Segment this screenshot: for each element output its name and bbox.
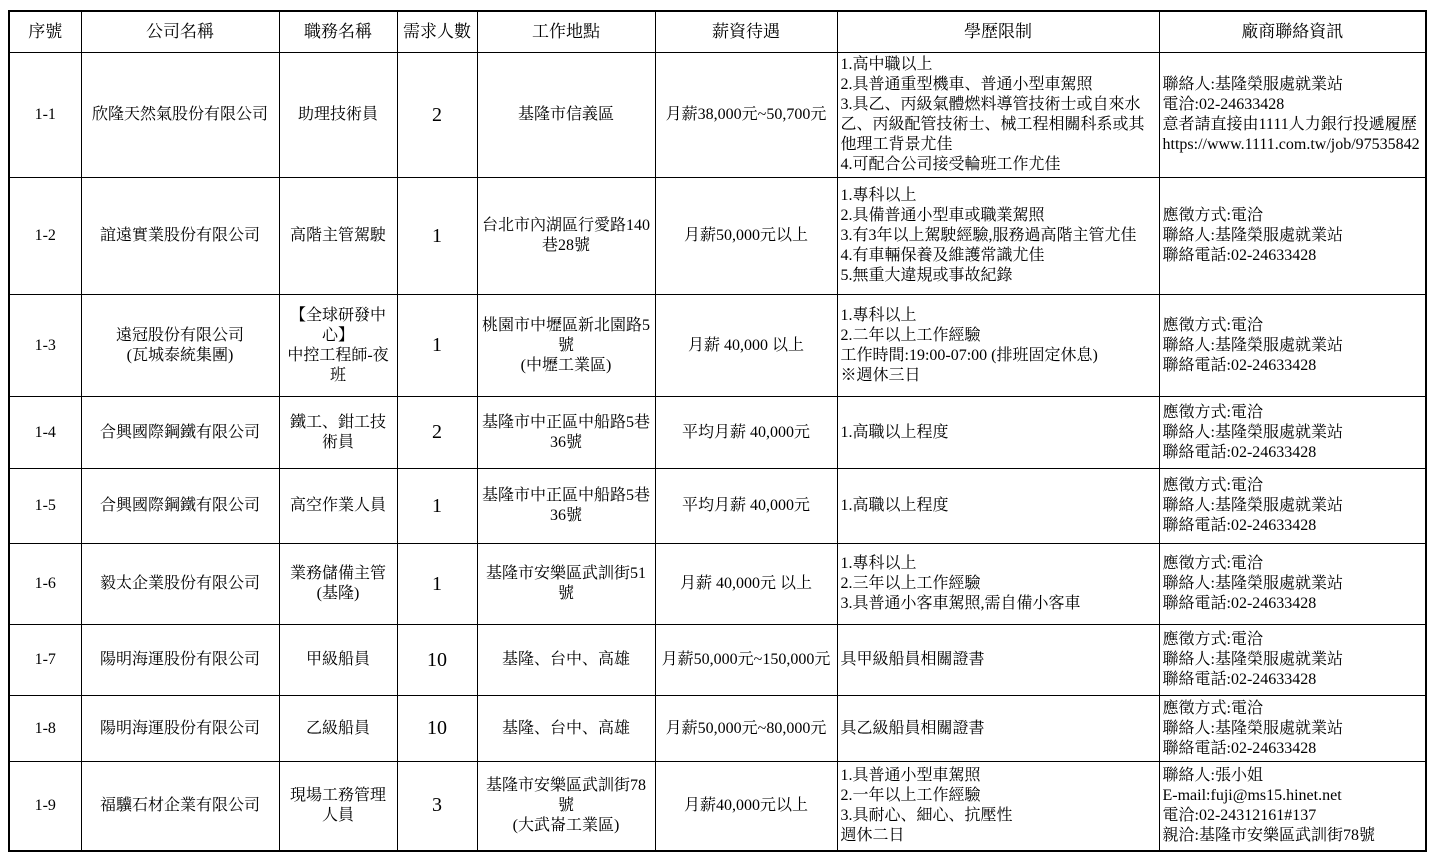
cell-serial-number: 1-5: [9, 469, 81, 544]
cell-job-title: 業務儲備主管(基隆): [279, 544, 397, 625]
cell-contact-info: 應徵方式:電洽 聯絡人:基隆榮服處就業站 聯絡電話:02-24633428: [1159, 295, 1426, 397]
cell-serial-number: 1-8: [9, 696, 81, 762]
header-contact-info: 廠商聯絡資訊: [1159, 11, 1426, 53]
cell-job-title: 鐵工、鉗工技術員: [279, 397, 397, 469]
cell-job-title: 助理技術員: [279, 53, 397, 178]
cell-work-location: 基隆市中正區中船路5巷36號: [477, 469, 655, 544]
job-listing-page: 序號 公司名稱 職務名稱 需求人數 工作地點 薪資待遇 學歷限制 廠商聯絡資訊 …: [0, 0, 1433, 860]
table-row: 1-6 毅太企業股份有限公司 業務儲備主管(基隆) 1 基隆市安樂區武訓街51號…: [9, 544, 1426, 625]
cell-education-requirement: 1.專科以上 2.三年以上工作經驗 3.具普通小客車駕照,需自備小客車: [837, 544, 1159, 625]
cell-salary: 平均月薪 40,000元: [655, 469, 837, 544]
cell-job-title: 甲級船員: [279, 625, 397, 696]
table-row: 1-3 遠冠股份有限公司 (瓦城泰統集團) 【全球研發中心】 中控工程師-夜班 …: [9, 295, 1426, 397]
cell-education-requirement: 1.高職以上程度: [837, 397, 1159, 469]
cell-serial-number: 1-4: [9, 397, 81, 469]
cell-headcount: 2: [397, 397, 477, 469]
cell-education-requirement: 1.高職以上程度: [837, 469, 1159, 544]
cell-education-requirement: 1.具普通小型車駕照 2.一年以上工作經驗 3.具耐心、細心、抗壓性 週休二日: [837, 762, 1159, 851]
cell-job-title: 【全球研發中心】 中控工程師-夜班: [279, 295, 397, 397]
cell-company-name: 誼遠實業股份有限公司: [81, 178, 279, 295]
cell-contact-info: 應徵方式:電洽 聯絡人:基隆榮服處就業站 聯絡電話:02-24633428: [1159, 469, 1426, 544]
header-headcount: 需求人數: [397, 11, 477, 53]
cell-contact-info: 應徵方式:電洽 聯絡人:基隆榮服處就業站 聯絡電話:02-24633428: [1159, 178, 1426, 295]
cell-education-requirement: 具乙級船員相關證書: [837, 696, 1159, 762]
cell-contact-info: 聯絡人:張小姐 E-mail:fuji@ms15.hinet.net 電洽:02…: [1159, 762, 1426, 851]
cell-serial-number: 1-7: [9, 625, 81, 696]
table-row: 1-5 合興國際鋼鐵有限公司 高空作業人員 1 基隆市中正區中船路5巷36號 平…: [9, 469, 1426, 544]
cell-salary: 月薪50,000元以上: [655, 178, 837, 295]
cell-education-requirement: 1.專科以上 2.具備普通小型車或職業駕照 3.有3年以上駕駛經驗,服務過高階主…: [837, 178, 1159, 295]
cell-work-location: 基隆市中正區中船路5巷36號: [477, 397, 655, 469]
cell-headcount: 3: [397, 762, 477, 851]
cell-salary: 月薪 40,000 以上: [655, 295, 837, 397]
cell-headcount: 10: [397, 696, 477, 762]
cell-serial-number: 1-6: [9, 544, 81, 625]
cell-headcount: 1: [397, 544, 477, 625]
cell-company-name: 福驥石材企業有限公司: [81, 762, 279, 851]
cell-serial-number: 1-9: [9, 762, 81, 851]
cell-salary: 月薪50,000元~80,000元: [655, 696, 837, 762]
cell-salary: 月薪40,000元以上: [655, 762, 837, 851]
table-row: 1-8 陽明海運股份有限公司 乙級船員 10 基隆、台中、高雄 月薪50,000…: [9, 696, 1426, 762]
cell-work-location: 基隆、台中、高雄: [477, 625, 655, 696]
cell-job-title: 高階主管駕駛: [279, 178, 397, 295]
cell-headcount: 1: [397, 469, 477, 544]
cell-work-location: 桃園市中壢區新北園路5號 (中壢工業區): [477, 295, 655, 397]
cell-education-requirement: 1.高中職以上 2.具普通重型機車、普通小型車駕照 3.具乙、丙級氣體燃料導管技…: [837, 53, 1159, 178]
header-job-title: 職務名稱: [279, 11, 397, 53]
cell-salary: 月薪38,000元~50,700元: [655, 53, 837, 178]
cell-salary: 平均月薪 40,000元: [655, 397, 837, 469]
cell-company-name: 陽明海運股份有限公司: [81, 696, 279, 762]
cell-contact-info: 聯絡人:基隆榮服處就業站 電洽:02-24633428 意者請直接由1111人力…: [1159, 53, 1426, 178]
cell-contact-info: 應徵方式:電洽 聯絡人:基隆榮服處就業站 聯絡電話:02-24633428: [1159, 696, 1426, 762]
cell-education-requirement: 具甲級船員相關證書: [837, 625, 1159, 696]
cell-company-name: 合興國際鋼鐵有限公司: [81, 397, 279, 469]
cell-work-location: 基隆、台中、高雄: [477, 696, 655, 762]
cell-salary: 月薪50,000元~150,000元: [655, 625, 837, 696]
header-serial-number: 序號: [9, 11, 81, 53]
table-header-row: 序號 公司名稱 職務名稱 需求人數 工作地點 薪資待遇 學歷限制 廠商聯絡資訊: [9, 11, 1426, 53]
cell-contact-info: 應徵方式:電洽 聯絡人:基隆榮服處就業站 聯絡電話:02-24633428: [1159, 544, 1426, 625]
cell-work-location: 基隆市信義區: [477, 53, 655, 178]
cell-serial-number: 1-3: [9, 295, 81, 397]
job-listing-table: 序號 公司名稱 職務名稱 需求人數 工作地點 薪資待遇 學歷限制 廠商聯絡資訊 …: [8, 10, 1427, 852]
header-salary: 薪資待遇: [655, 11, 837, 53]
header-company-name: 公司名稱: [81, 11, 279, 53]
cell-headcount: 10: [397, 625, 477, 696]
table-row: 1-7 陽明海運股份有限公司 甲級船員 10 基隆、台中、高雄 月薪50,000…: [9, 625, 1426, 696]
cell-company-name: 毅太企業股份有限公司: [81, 544, 279, 625]
cell-headcount: 1: [397, 295, 477, 397]
cell-contact-info: 應徵方式:電洽 聯絡人:基隆榮服處就業站 聯絡電話:02-24633428: [1159, 397, 1426, 469]
table-row: 1-1 欣隆天然氣股份有限公司 助理技術員 2 基隆市信義區 月薪38,000元…: [9, 53, 1426, 178]
cell-work-location: 基隆市安樂區武訓街78號 (大武崙工業區): [477, 762, 655, 851]
cell-education-requirement: 1.專科以上 2.二年以上工作經驗 工作時間:19:00-07:00 (排班固定…: [837, 295, 1159, 397]
table-row: 1-2 誼遠實業股份有限公司 高階主管駕駛 1 台北市內湖區行愛路140巷28號…: [9, 178, 1426, 295]
cell-work-location: 基隆市安樂區武訓街51號: [477, 544, 655, 625]
cell-salary: 月薪 40,000元 以上: [655, 544, 837, 625]
header-work-location: 工作地點: [477, 11, 655, 53]
table-row: 1-4 合興國際鋼鐵有限公司 鐵工、鉗工技術員 2 基隆市中正區中船路5巷36號…: [9, 397, 1426, 469]
cell-job-title: 現場工務管理人員: [279, 762, 397, 851]
cell-headcount: 2: [397, 53, 477, 178]
cell-work-location: 台北市內湖區行愛路140巷28號: [477, 178, 655, 295]
cell-serial-number: 1-1: [9, 53, 81, 178]
cell-company-name: 合興國際鋼鐵有限公司: [81, 469, 279, 544]
table-row: 1-9 福驥石材企業有限公司 現場工務管理人員 3 基隆市安樂區武訓街78號 (…: [9, 762, 1426, 851]
cell-job-title: 高空作業人員: [279, 469, 397, 544]
cell-contact-info: 應徵方式:電洽 聯絡人:基隆榮服處就業站 聯絡電話:02-24633428: [1159, 625, 1426, 696]
cell-serial-number: 1-2: [9, 178, 81, 295]
cell-company-name: 欣隆天然氣股份有限公司: [81, 53, 279, 178]
cell-job-title: 乙級船員: [279, 696, 397, 762]
cell-headcount: 1: [397, 178, 477, 295]
header-education-requirement: 學歷限制: [837, 11, 1159, 53]
cell-company-name: 陽明海運股份有限公司: [81, 625, 279, 696]
cell-company-name: 遠冠股份有限公司 (瓦城泰統集團): [81, 295, 279, 397]
